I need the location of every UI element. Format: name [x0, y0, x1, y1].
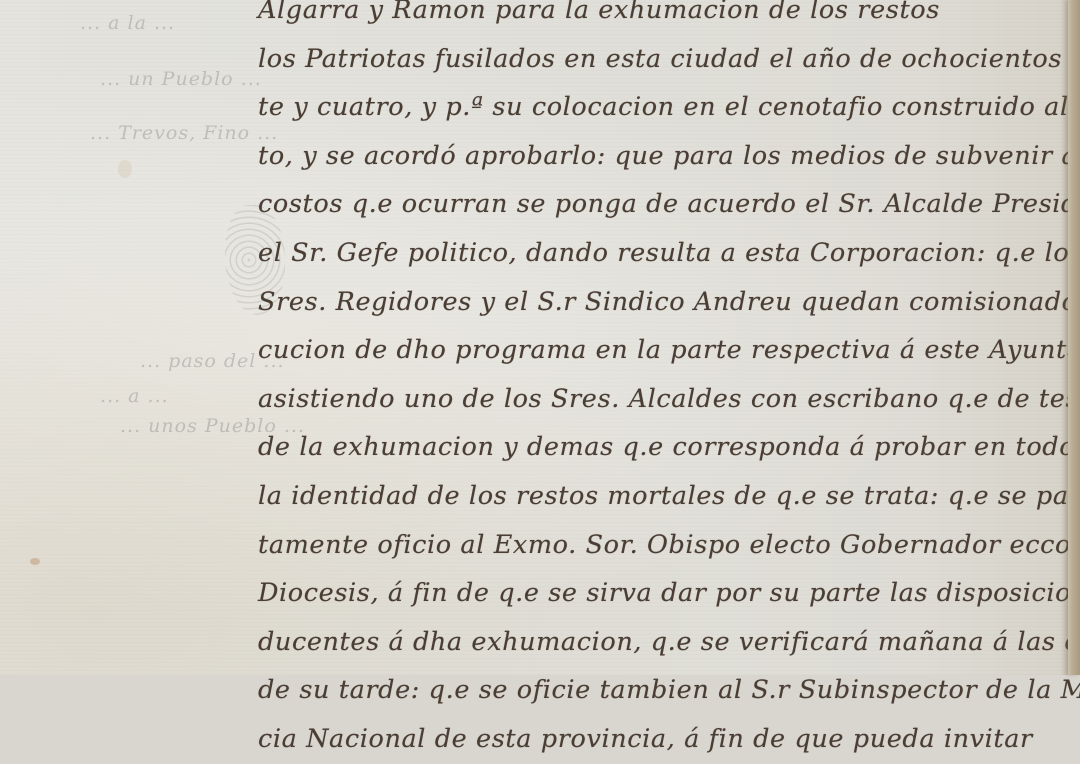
- text-line: los Patriotas fusilados en esta ciudad e…: [258, 35, 1058, 84]
- text-line: la identidad de los restos mortales de q…: [258, 472, 1058, 521]
- text-line: de su tarde: q.e se oficie tambien al S.…: [258, 666, 1058, 675]
- page-gutter-shadow: [1060, 0, 1068, 675]
- text-line: asistiendo uno de los Sres. Alcaldes con…: [258, 375, 1058, 424]
- text-line: costos q.e ocurran se ponga de acuerdo e…: [258, 180, 1058, 229]
- text-line: cucion de dho programa en la parte respe…: [258, 326, 1058, 375]
- text-line: tamente oficio al Exmo. Sor. Obispo elec…: [258, 521, 1058, 570]
- text-line: Diocesis, á fin de q.e se sirva dar por …: [258, 569, 1058, 618]
- manuscript-page: ... a la ... ... un Pueblo ... ... Trevo…: [0, 0, 1080, 675]
- margin-note: ... Trevos, Fino ...: [90, 122, 278, 144]
- text-line: de la exhumacion y demas q.e corresponda…: [258, 423, 1058, 472]
- book-binding-edge: [1068, 0, 1080, 675]
- text-line: Sres. Regidores y el S.r Sindico Andreu …: [258, 278, 1058, 327]
- margin-note: ... un Pueblo ...: [100, 68, 262, 90]
- manuscript-text: Algarra y Ramon para la exhumacion de lo…: [258, 0, 1058, 675]
- text-line: ducentes á dha exhumacion, q.e se verifi…: [258, 618, 1058, 667]
- text-line: to, y se acordó aprobarlo: que para los …: [258, 132, 1058, 181]
- ink-stain: [30, 558, 40, 565]
- faint-margin-notes: ... a la ... ... un Pueblo ... ... Trevo…: [60, 10, 240, 650]
- margin-note: ... a la ...: [80, 12, 175, 34]
- foxing-stain: [118, 160, 132, 178]
- text-line: Algarra y Ramon para la exhumacion de lo…: [258, 0, 1058, 35]
- margin-note: ... a ...: [100, 385, 169, 407]
- text-line: te y cuatro, y p.ª su colocacion en el c…: [258, 83, 1058, 132]
- text-line: el Sr. Gefe politico, dando resulta a es…: [258, 229, 1058, 278]
